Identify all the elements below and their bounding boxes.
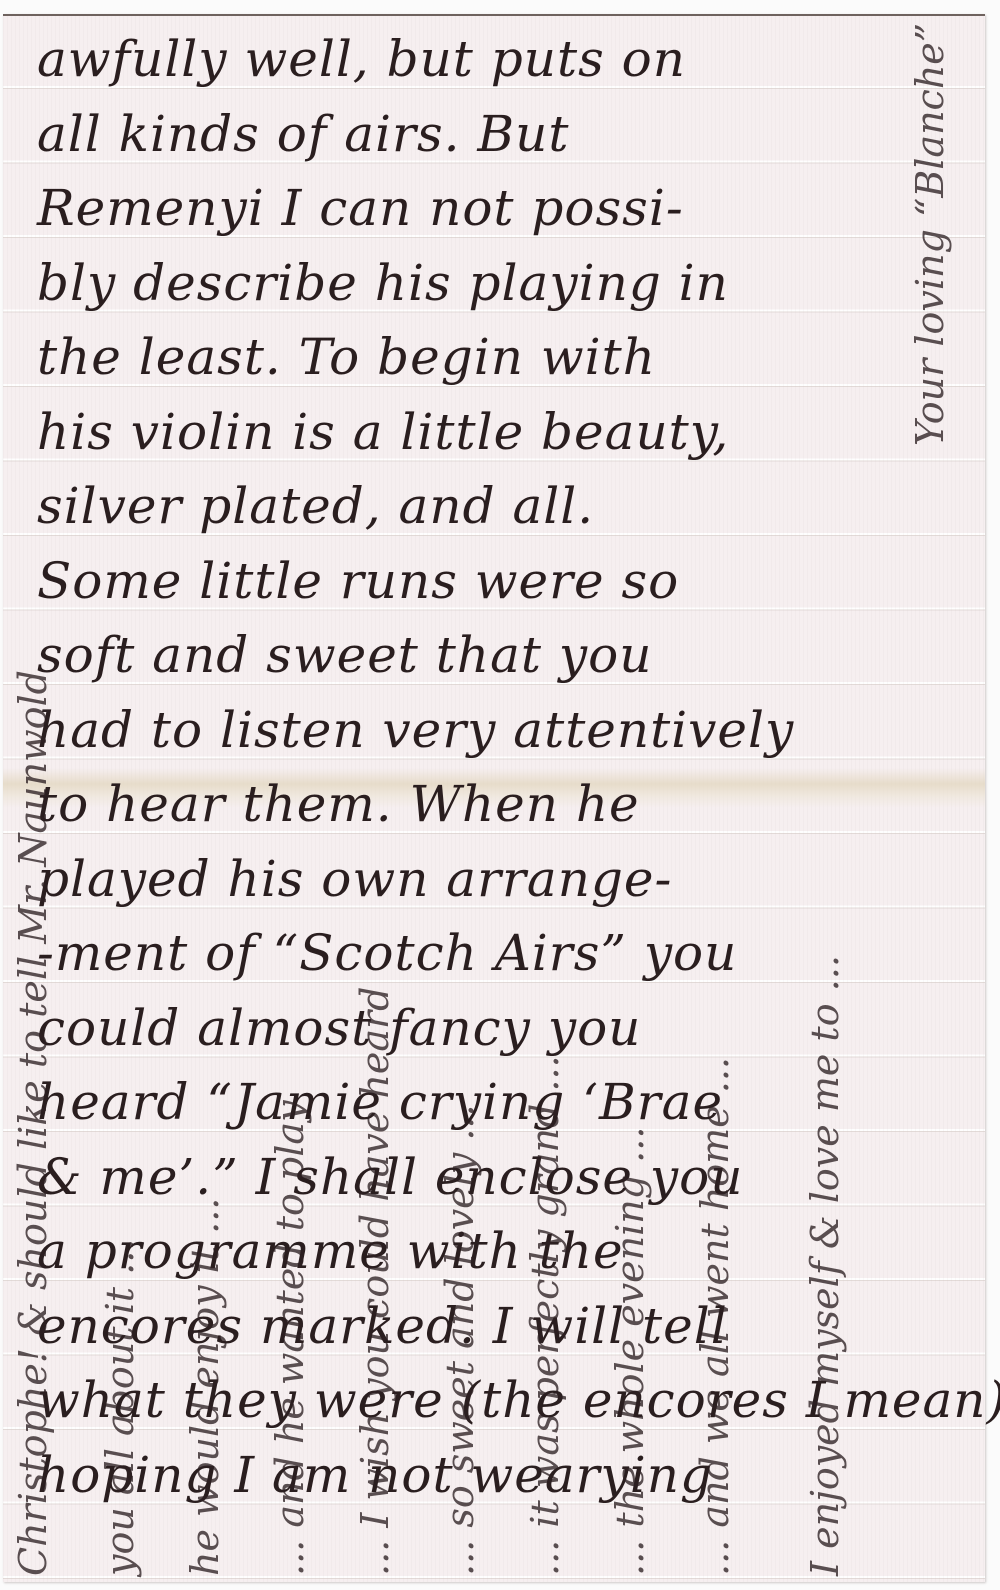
letter-line: soft and sweet that you — [37, 618, 977, 693]
letter-line: bly describe his playing in — [37, 246, 977, 321]
letter-line: could almost fancy you — [37, 991, 977, 1066]
letter-line: to hear them. When he — [37, 767, 977, 842]
letter-line: what they were (the encores I mean) — [37, 1363, 977, 1438]
letter-line: silver plated, and all. — [37, 469, 977, 544]
letter-line: a programme with the — [37, 1214, 977, 1289]
letter-line: -ment of “Scotch Airs” you — [37, 916, 977, 991]
letter-line: all kinds of airs. But — [37, 97, 977, 172]
letter-line: awfully well, but puts on — [37, 22, 977, 97]
letter-line: & me’.” I shall enclose you — [37, 1140, 977, 1215]
letter-line: played his own arrange- — [37, 842, 977, 917]
letter-line: heard “Jamie crying ‘Brae — [37, 1065, 977, 1140]
letter-line: encores marked. I will tell — [37, 1289, 977, 1364]
letter-line: his violin is a little beauty, — [37, 395, 977, 470]
letter-line: hoping I am not wearying — [37, 1438, 977, 1513]
letter-line: the least. To begin with — [37, 320, 977, 395]
letter-body: awfully well, but puts on all kinds of a… — [37, 22, 977, 1512]
letter-line: Remenyi I can not possi- — [37, 171, 977, 246]
letter-line: Some little runs were so — [37, 544, 977, 619]
letter-line: had to listen very attentively — [37, 693, 977, 768]
letter-page: awfully well, but puts on all kinds of a… — [3, 14, 985, 1582]
